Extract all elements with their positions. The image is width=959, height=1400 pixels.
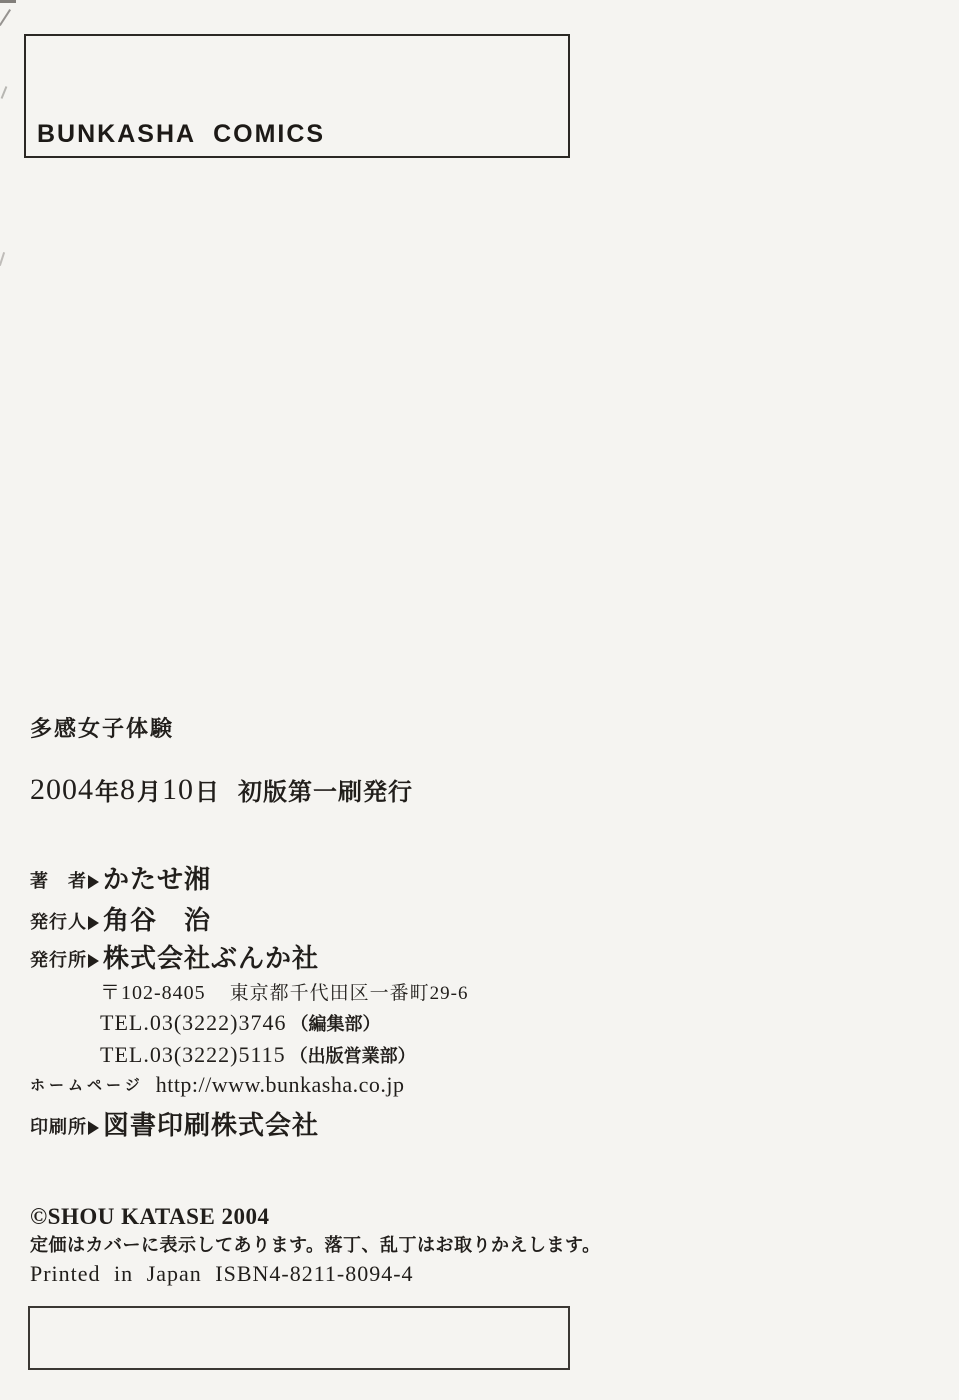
date-month: 8 <box>120 775 136 805</box>
arrow-right-icon <box>88 875 99 889</box>
publisher-person-row: 発行人 角谷 治 <box>30 907 211 933</box>
series-label: BUNKASHA COMICS <box>37 120 325 149</box>
author-value: かたせ湘 <box>103 866 211 892</box>
date-year-unit: 年 <box>95 781 119 805</box>
publisher-person-value: 角谷 治 <box>103 907 211 933</box>
arrow-right-icon <box>88 916 99 930</box>
tel-editorial-row: TEL.03(3222)3746 （編集部） <box>100 1012 380 1034</box>
bottom-empty-box <box>28 1306 570 1370</box>
homepage-url: http://www.bunkasha.co.jp <box>156 1074 405 1096</box>
printer-value: 図書印刷株式会社 <box>103 1112 319 1138</box>
publisher-row: 発行所 株式会社ぶんか社 <box>30 945 319 971</box>
scan-artifact <box>0 9 11 26</box>
street-address: 東京都千代田区一番町29-6 <box>230 984 469 1003</box>
date-day: 10 <box>162 775 194 805</box>
tel-sales-number: TEL.03(3222)5115 <box>100 1044 286 1066</box>
printed-in-isbn-line: Printed in Japan ISBN4-8211-8094-4 <box>30 1263 414 1285</box>
book-title: 多感女子体験 <box>30 712 174 743</box>
printer-label: 印刷所 <box>30 1118 88 1136</box>
price-notice-line: 定価はカバーに表示してあります。落丁、乱丁はお取りかえします。 <box>30 1236 601 1254</box>
tel-sales-dept: （出版営業部） <box>290 1047 416 1065</box>
date-year: 2004 <box>30 775 94 805</box>
postal-code: 〒102-8405 <box>100 983 206 1003</box>
scan-artifact <box>1 86 8 99</box>
publisher-value: 株式会社ぶんか社 <box>103 945 319 971</box>
date-day-unit: 日 <box>195 781 219 805</box>
publisher-person-label: 発行人 <box>30 913 88 931</box>
scan-artifact <box>0 0 16 3</box>
tel-sales-row: TEL.03(3222)5115 （出版営業部） <box>100 1044 416 1066</box>
arrow-right-icon <box>88 1121 99 1135</box>
series-logo-box: BUNKASHA COMICS <box>24 34 570 158</box>
date-month-unit: 月 <box>137 781 161 805</box>
publisher-address: 〒102-8405 東京都千代田区一番町29-6 <box>100 983 469 1003</box>
homepage-row: ホームページ http://www.bunkasha.co.jp <box>30 1074 404 1096</box>
printer-row: 印刷所 図書印刷株式会社 <box>30 1112 319 1138</box>
colophon-page: BUNKASHA COMICS 多感女子体験 2004 年 8 月 10 日 初… <box>0 0 959 1400</box>
homepage-label: ホームページ <box>30 1078 144 1093</box>
arrow-right-icon <box>88 954 99 968</box>
tel-editorial-number: TEL.03(3222)3746 <box>100 1012 286 1034</box>
edition-text: 初版第一刷発行 <box>238 781 413 805</box>
tel-editorial-dept: （編集部） <box>290 1015 380 1033</box>
scan-artifact <box>0 252 5 266</box>
copyright-line: ©SHOU KATASE 2004 <box>30 1205 270 1228</box>
author-row: 著 者 かたせ湘 <box>30 866 211 892</box>
publication-date-line: 2004 年 8 月 10 日 初版第一刷発行 <box>30 775 413 805</box>
publisher-label: 発行所 <box>30 951 88 969</box>
author-label: 著 者 <box>30 872 88 890</box>
